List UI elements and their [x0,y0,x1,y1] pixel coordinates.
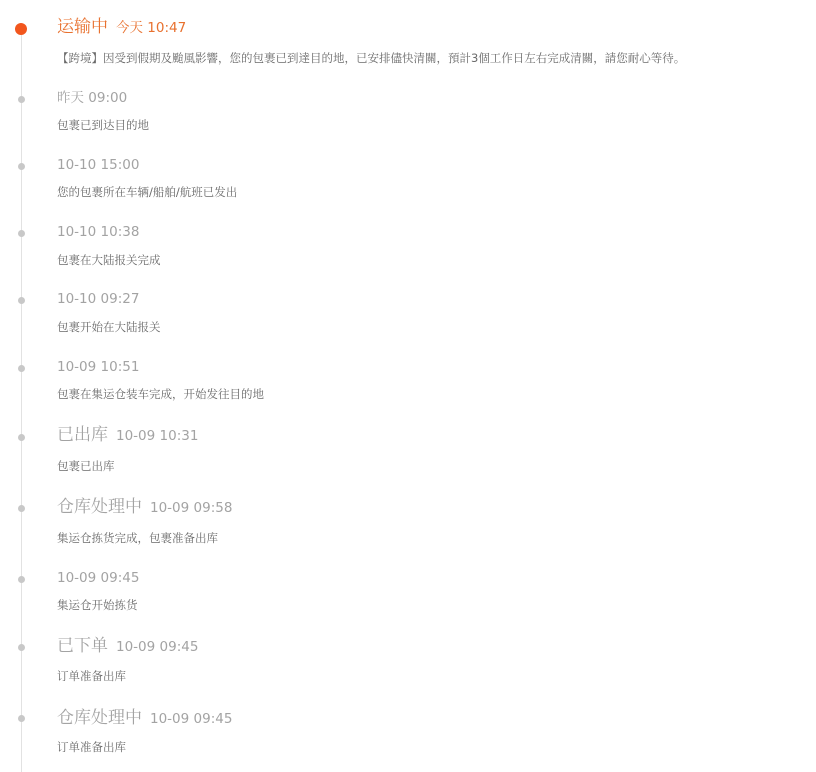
event-description: 订单准备出库 [57,739,126,755]
logistics-timeline: 运输中今天 10:47 【跨境】因受到假期及颱風影響，您的包裹已到達目的地，已安… [0,0,816,772]
event-description: 集运仓拣货完成，包裹准备出库 [57,530,218,546]
event-time: 昨天 09:00 [57,90,127,106]
current-status-dot-icon [15,23,27,35]
event-time: 10-09 10:31 [116,428,198,444]
event-description: 您的包裹所在车辆/船舶/航班已发出 [57,184,237,200]
timeline-dot-icon [18,230,25,237]
timeline-dot-icon [18,576,25,583]
event-status: 仓库处理中 [57,708,142,728]
event-description: 集运仓开始拣货 [57,597,138,613]
event-description: 包裹在大陆报关完成 [57,252,161,268]
event-time: 10-09 10:51 [57,359,139,375]
event-description: 包裹已出库 [57,458,115,474]
event-status: 仓库处理中 [57,497,142,517]
event-time: 10-09 09:45 [57,570,139,586]
event-time: 今天 10:47 [116,20,186,36]
timeline-dot-icon [18,505,25,512]
timeline-dot-icon [18,365,25,372]
event-description: 包裹已到达目的地 [57,117,149,133]
timeline-rail [21,30,22,772]
event-time: 10-09 09:45 [116,639,198,655]
timeline-dot-icon [18,434,25,441]
event-time: 10-09 09:58 [150,500,232,516]
event-description: 包裹在集运仓装车完成，开始发往目的地 [57,386,264,402]
event-time: 10-10 09:27 [57,291,139,307]
event-time: 10-09 09:45 [150,711,232,727]
event-status: 已下单 [57,636,108,656]
event-status: 运输中 [57,17,108,37]
timeline-dot-icon [18,96,25,103]
event-time: 10-10 10:38 [57,224,139,240]
event-status: 已出库 [57,425,108,445]
timeline-dot-icon [18,297,25,304]
timeline-dot-icon [18,644,25,651]
timeline-dot-icon [18,715,25,722]
event-time: 10-10 15:00 [57,157,139,173]
event-description: 【跨境】因受到假期及颱風影響，您的包裹已到達目的地，已安排儘快清關，預計3個工作… [57,50,685,66]
timeline-dot-icon [18,163,25,170]
event-description: 订单准备出库 [57,668,126,684]
event-description: 包裹开始在大陆报关 [57,319,161,335]
